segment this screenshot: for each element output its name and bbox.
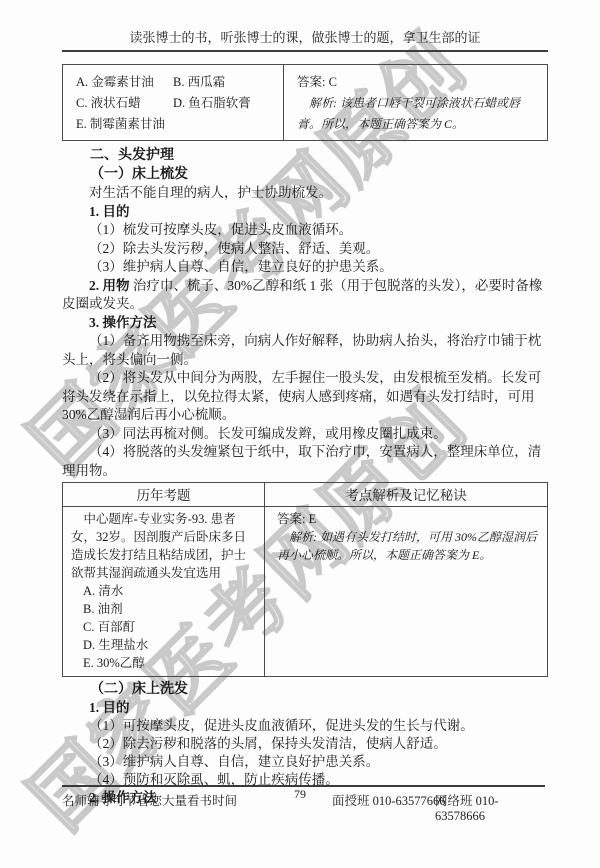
footer-tagline: 名师辅导可节省您大量看书时间 — [62, 791, 237, 809]
method-step-1: （1）备齐用物携至床旁，向病人作好解释，协助病人抬头，将治疗巾铺于枕头上，将头偏… — [62, 332, 548, 369]
answer-analysis-cell: 答案: C 解析: 该患者口唇干裂可涂液状石蜡或唇膏。所以，本题正确答案为 C。 — [284, 65, 548, 141]
option-e: E. 制霉菌素甘油 — [76, 114, 173, 135]
textbook-page: 国家医考网原创 国家医考网原创 读张博士的书，听张博士的课，做张博士的题，拿卫生… — [0, 0, 600, 868]
option-row: A. 金霉素甘油 B. 西瓜霜 — [76, 72, 277, 93]
option-e: E. 30%乙醇 — [83, 654, 256, 672]
subsection-heading-bed-shampoo: （二）床上洗发 — [62, 681, 548, 699]
exam-question-table: 历年考题 考点解析及记忆秘诀 中心题库-专业实务-93. 患者女，32岁。因剖腹… — [62, 482, 548, 677]
section-heading-hair-care: 二、头发护理 — [62, 147, 548, 166]
footer-phone-net-class: 网络班 010-63578666 — [435, 791, 545, 824]
method-heading: 3. 操作方法 — [62, 314, 548, 333]
option-a: A. 清水 — [83, 582, 256, 600]
method-step-2: （2）将头发从中间分为两股，左手握住一股头发，由发根梳至发梢。长发可将头发绕在示… — [62, 369, 548, 425]
option-a: A. 金霉素甘油 — [76, 72, 173, 93]
method-step-4: （4）将脱落的头发缠紧包于纸中，取下治疗巾，安置病人，整理床单位，清理用物。 — [62, 443, 548, 480]
analysis-text: 解析: 该患者口唇干裂可涂液状石蜡或唇膏。所以，本题正确答案为 C。 — [297, 93, 537, 135]
column-header-analysis: 考点解析及记忆秘诀 — [265, 483, 548, 507]
purpose-item-1: （1）可按摩头皮，促进头皮血液循环，促进头发的生长与代谢。 — [62, 717, 548, 735]
answer-line: 答案: E — [277, 510, 537, 528]
purpose-heading: 1. 目的 — [62, 203, 548, 222]
answer-line: 答案: C — [297, 72, 537, 93]
subsection-heading-bed-combing: （一）床上梳发 — [62, 166, 548, 185]
page-content: 读张博士的书，听张博士的课，做张博士的题，拿卫生部的证 A. 金霉素甘油 B. … — [62, 0, 548, 807]
question-cell: 中心题库-专业实务-93. 患者女，32岁。因剖腹产后卧床多日造成长发打结且粘结… — [63, 507, 265, 677]
table-row: A. 金霉素甘油 B. 西瓜霜 C. 液状石蜡 D. 鱼石脂软膏 E. 制霉菌素… — [63, 65, 548, 141]
page-footer: 名师辅导可节省您大量看书时间 79 面授班 010-63577666 网络班 0… — [62, 785, 545, 811]
items-heading: 2. 用物 — [89, 278, 130, 293]
option-b: B. 西瓜霜 — [173, 72, 225, 93]
purpose-heading: 1. 目的 — [62, 699, 548, 717]
option-row: E. 制霉菌素甘油 — [76, 114, 277, 135]
analysis-text: 解析: 如遇有头发打结时，可用 30%乙醇湿润后再小心梳顺。所以，本题正确答案为… — [277, 528, 537, 564]
purpose-item-3: （3）维护病人自尊、自信，建立良好护患关系。 — [62, 753, 548, 771]
intro-paragraph: 对生活不能自理的病人，护士协助梳发。 — [62, 184, 548, 203]
purpose-item-1: （1）梳发可按摩头皮，促进头皮血液循环。 — [62, 221, 548, 240]
question-text: 中心题库-专业实务-93. 患者女，32岁。因剖腹产后卧床多日造成长发打结且粘结… — [71, 510, 256, 582]
purpose-item-2: （2）除去污秽和脱落的头屑，保持头发清洁，使病人舒适。 — [62, 735, 548, 753]
options-cell: A. 金霉素甘油 B. 西瓜霜 C. 液状石蜡 D. 鱼石脂软膏 E. 制霉菌素… — [63, 65, 284, 141]
page-number: 79 — [294, 787, 306, 802]
option-b: B. 油剂 — [83, 600, 256, 618]
method-step-3: （3）同法再梳对侧。长发可编成发辫，或用橡皮圈扎成束。 — [62, 425, 548, 444]
table-row: 中心题库-专业实务-93. 患者女，32岁。因剖腹产后卧床多日造成长发打结且粘结… — [63, 507, 548, 677]
footer-phone-face-class: 面授班 010-63577666 — [332, 791, 446, 809]
answer-analysis-cell: 答案: E 解析: 如遇有头发打结时，可用 30%乙醇湿润后再小心梳顺。所以，本… — [265, 507, 548, 677]
answer-table-top: A. 金霉素甘油 B. 西瓜霜 C. 液状石蜡 D. 鱼石脂软膏 E. 制霉菌素… — [62, 64, 548, 141]
column-header-past-questions: 历年考题 — [63, 483, 265, 507]
items-text: 治疗巾、梳子、30%乙醇和纸 1 张（用于包脱落的头发），必要时备橡皮圈或发夹。 — [62, 278, 542, 312]
footer-row: 名师辅导可节省您大量看书时间 79 面授班 010-63577666 网络班 0… — [62, 791, 545, 811]
option-d: D. 鱼石脂软膏 — [173, 93, 251, 114]
table-header-row: 历年考题 考点解析及记忆秘诀 — [63, 483, 548, 507]
option-c: C. 液状石蜡 — [76, 93, 173, 114]
option-row: C. 液状石蜡 D. 鱼石脂软膏 — [76, 93, 277, 114]
purpose-item-2: （2）除去头发污秽，使病人整洁、舒适、美观。 — [62, 240, 548, 259]
option-d: D. 生理盐水 — [83, 636, 256, 654]
header-slogan: 读张博士的书，听张博士的课，做张博士的题，拿卫生部的证 — [62, 29, 548, 46]
items-paragraph: 2. 用物 治疗巾、梳子、30%乙醇和纸 1 张（用于包脱落的头发），必要时备橡… — [62, 277, 548, 314]
purpose-item-3: （3）维护病人自尊、自信，建立良好的护患关系。 — [62, 258, 548, 277]
header-divider — [62, 50, 548, 52]
option-c: C. 百部酊 — [83, 618, 256, 636]
